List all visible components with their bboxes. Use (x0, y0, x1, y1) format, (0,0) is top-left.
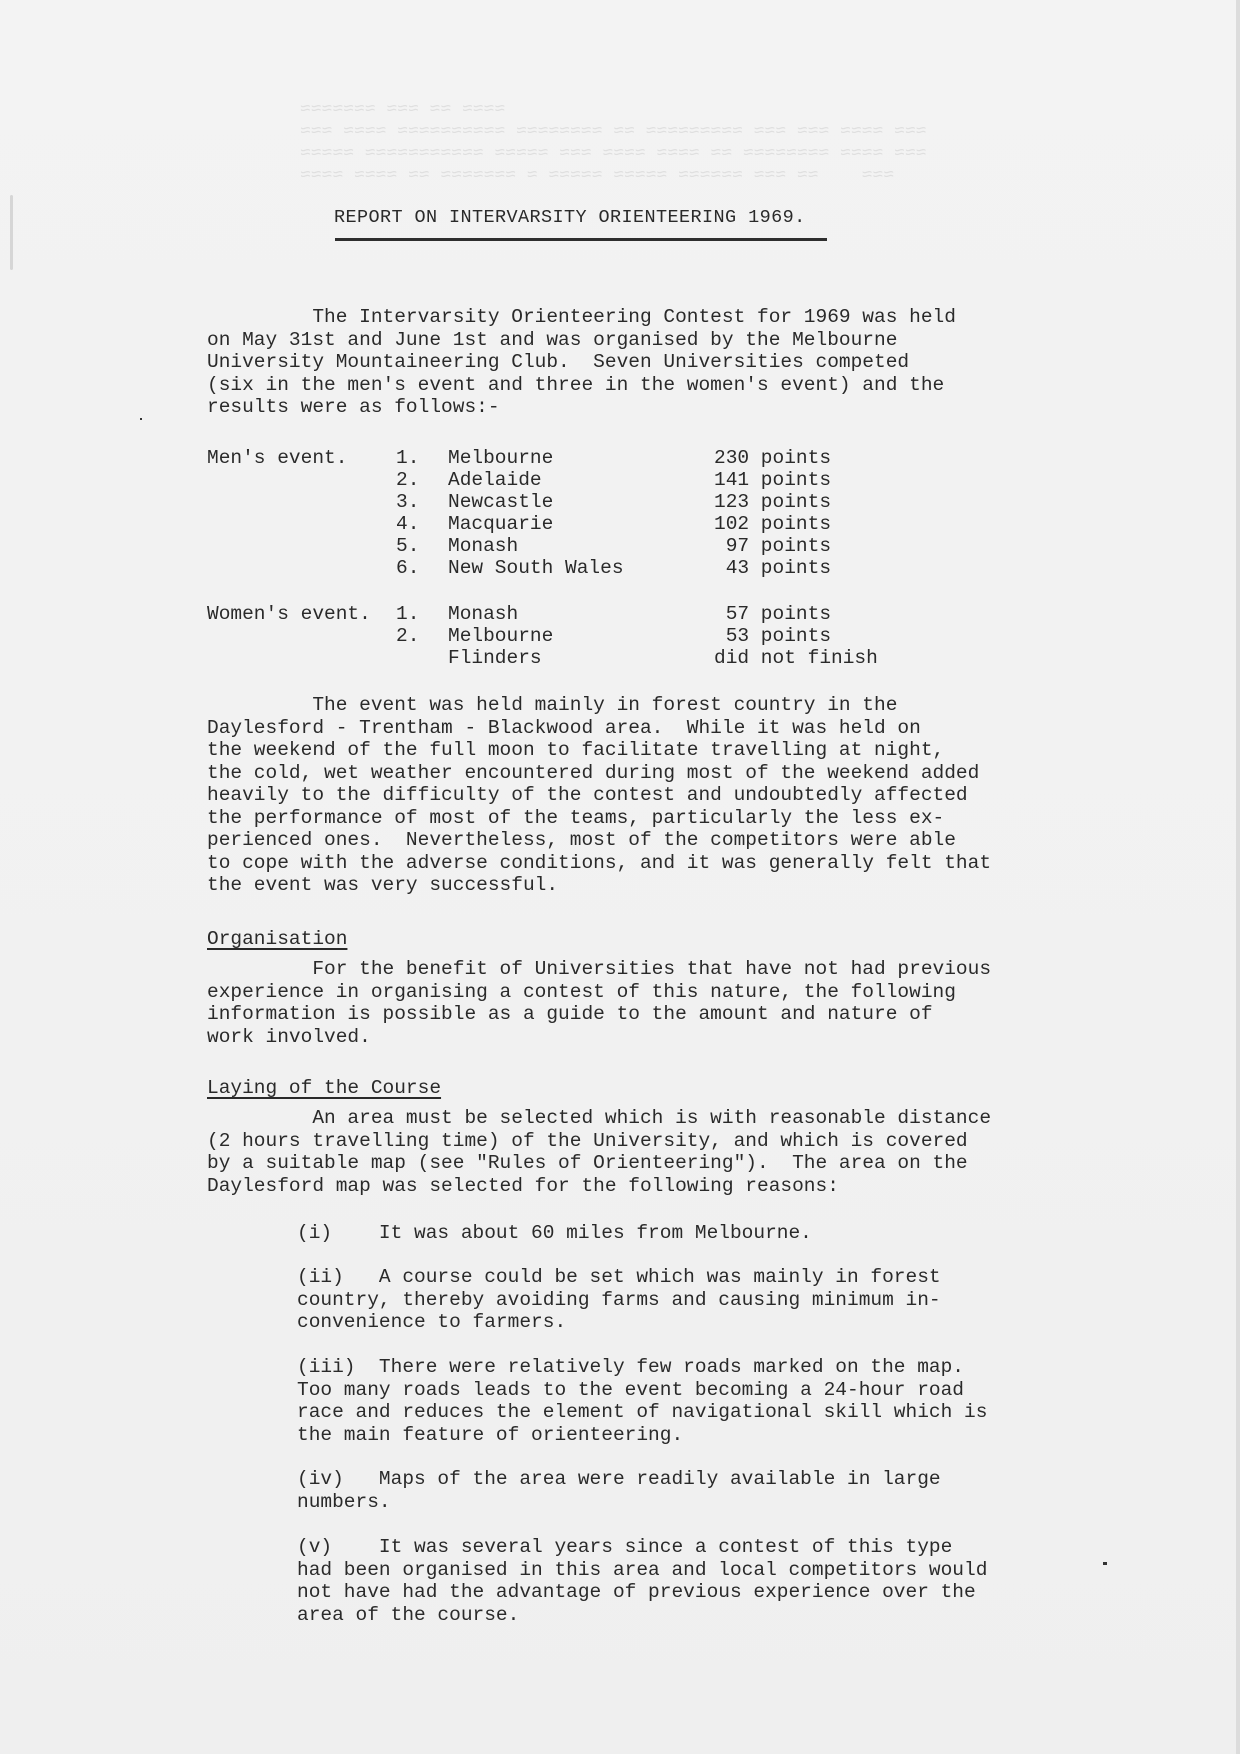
text-line: to cope with the adverse conditions, and… (207, 852, 1087, 875)
scan-speck (1103, 1562, 1107, 1565)
result-rank: 3. (396, 491, 419, 513)
text-line: (six in the men's event and three in the… (207, 374, 1087, 397)
text-line: area of the course. (297, 1604, 1177, 1627)
page-edge (1236, 0, 1240, 1754)
text-line: (2 hours travelling time) of the Univers… (207, 1130, 1087, 1153)
text-line: on May 31st and June 1st and was organis… (207, 329, 1087, 352)
result-university: Flinders (448, 647, 542, 669)
text-line: the performance of most of the teams, pa… (207, 807, 1087, 830)
reason-item-i: (i) It was about 60 miles from Melbourne… (297, 1222, 1177, 1245)
text-line: information is possible as a guide to th… (207, 1003, 1087, 1026)
result-score: 97 points (714, 535, 831, 557)
text-line: country, thereby avoiding farms and caus… (297, 1289, 1177, 1312)
result-score: 53 points (714, 625, 831, 647)
text-line: work involved. (207, 1026, 1087, 1049)
show-through-text: ≈≈≈ ≈≈≈≈ ≈≈≈ ≈≈≈ ≈≈≈≈≈≈≈≈≈ ≈≈ ≈≈≈≈≈≈≈≈ ≈… (300, 122, 927, 142)
result-university: Melbourne (448, 625, 553, 647)
result-score: 123 points (714, 491, 831, 513)
organisation-paragraph: For the benefit of Universities that hav… (207, 958, 1087, 1048)
result-university: New South Wales (448, 557, 624, 579)
text-line: had been organised in this area and loca… (297, 1559, 1177, 1582)
title-underline (335, 238, 827, 241)
womens-event-label: Women's event. (207, 603, 371, 625)
reason-item-iv: (iv) Maps of the area were readily avail… (297, 1468, 1177, 1513)
result-score: did not finish (714, 647, 878, 669)
text-line: (ii) A course could be set which was mai… (297, 1266, 1177, 1289)
reason-item-ii: (ii) A course could be set which was mai… (297, 1266, 1177, 1334)
show-through-text: ≈≈≈ ≈≈ ≈≈≈ ≈≈≈≈≈≈ ≈≈≈≈≈ ≈≈≈≈≈ ≈ ≈≈≈≈≈≈≈ … (300, 166, 894, 186)
text-line: the cold, wet weather encountered during… (207, 762, 1087, 785)
course-heading: Laying of the Course (207, 1077, 441, 1099)
result-rank: 1. (396, 603, 419, 625)
scan-speck (140, 418, 142, 420)
text-line: numbers. (297, 1491, 1177, 1514)
text-line: University Mountaineering Club. Seven Un… (207, 351, 1087, 374)
text-line: race and reduces the element of navigati… (297, 1401, 1177, 1424)
text-line: the main feature of orienteering. (297, 1424, 1177, 1447)
text-line: An area must be selected which is with r… (207, 1107, 1087, 1130)
event-paragraph: The event was held mainly in forest coun… (207, 694, 1087, 897)
result-rank: 2. (396, 469, 419, 491)
text-line: not have had the advantage of previous e… (297, 1581, 1177, 1604)
text-line: Daylesford map was selected for the foll… (207, 1175, 1087, 1198)
result-score: 102 points (714, 513, 831, 535)
text-line: (iii) There were relatively few roads ma… (297, 1356, 1177, 1379)
text-line: the weekend of the full moon to facilita… (207, 739, 1087, 762)
show-through-text: ≈≈≈ ≈≈≈≈ ≈≈≈≈≈≈≈≈ ≈≈ ≈≈≈≈ ≈≈≈≈ ≈≈≈ ≈≈≈≈≈… (300, 144, 927, 164)
text-line: For the benefit of Universities that hav… (207, 958, 1087, 981)
show-through-text: ≈≈≈≈ ≈≈ ≈≈≈ ≈≈≈≈≈≈≈ (300, 100, 505, 120)
reason-item-iii: (iii) There were relatively few roads ma… (297, 1356, 1177, 1446)
text-line: The Intervarsity Orienteering Contest fo… (207, 306, 1087, 329)
text-line: (v) It was several years since a contest… (297, 1536, 1177, 1559)
text-line: convenience to farmers. (297, 1311, 1177, 1334)
organisation-heading: Organisation (207, 928, 347, 950)
result-university: Monash (448, 535, 518, 557)
result-university: Monash (448, 603, 518, 625)
intro-paragraph: The Intervarsity Orienteering Contest fo… (207, 306, 1087, 419)
document-title: REPORT ON INTERVARSITY ORIENTEERING 1969… (334, 207, 806, 228)
document-page: ≈≈≈≈ ≈≈ ≈≈≈ ≈≈≈≈≈≈≈ ≈≈≈ ≈≈≈≈ ≈≈≈ ≈≈≈ ≈≈≈… (0, 0, 1240, 1754)
text-line: heavily to the difficulty of the contest… (207, 784, 1087, 807)
result-score: 57 points (714, 603, 831, 625)
text-line: by a suitable map (see "Rules of Oriente… (207, 1152, 1087, 1175)
result-rank: 1. (396, 447, 419, 469)
result-rank: 5. (396, 535, 419, 557)
result-rank: 4. (396, 513, 419, 535)
result-score: 43 points (714, 557, 831, 579)
text-line: the event was very successful. (207, 874, 1087, 897)
reason-item-v: (v) It was several years since a contest… (297, 1536, 1177, 1626)
result-score: 230 points (714, 447, 831, 469)
result-university: Melbourne (448, 447, 553, 469)
text-line: results were as follows:- (207, 396, 1087, 419)
result-rank: 2. (396, 625, 419, 647)
result-score: 141 points (714, 469, 831, 491)
text-line: The event was held mainly in forest coun… (207, 694, 1087, 717)
course-paragraph: An area must be selected which is with r… (207, 1107, 1087, 1197)
text-line: (iv) Maps of the area were readily avail… (297, 1468, 1177, 1491)
mens-event-label: Men's event. (207, 447, 347, 469)
text-line: Too many roads leads to the event becomi… (297, 1379, 1177, 1402)
result-university: Macquarie (448, 513, 553, 535)
scan-mark (10, 195, 13, 270)
result-rank: 6. (396, 557, 419, 579)
text-line: (i) It was about 60 miles from Melbourne… (297, 1222, 1177, 1245)
result-university: Newcastle (448, 491, 553, 513)
result-university: Adelaide (448, 469, 542, 491)
text-line: experience in organising a contest of th… (207, 981, 1087, 1004)
text-line: perienced ones. Nevertheless, most of th… (207, 829, 1087, 852)
text-line: Daylesford - Trentham - Blackwood area. … (207, 717, 1087, 740)
